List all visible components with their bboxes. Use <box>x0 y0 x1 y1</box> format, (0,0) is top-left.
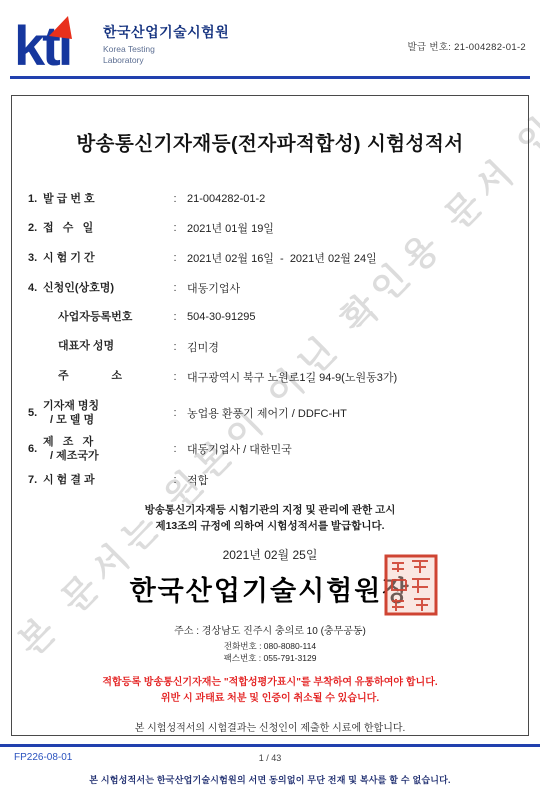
statement-line1: 방송통신기자재등 시험기관의 지정 및 관리에 관한 고시 <box>145 504 396 516</box>
result-scope-note: 본 시험성적서의 시험결과는 신청인이 제출한 시료에 한합니다. <box>12 719 528 734</box>
field-row-test-result: 7. 시 험 결 과 : 적합 <box>28 472 528 488</box>
page-header: ktl 한국산업기술시험원 Korea Testing Laboratory 발… <box>0 0 540 73</box>
org-name-korean: 한국산업기술시험원 <box>103 22 229 42</box>
field-row-representative: 대표자 성명 : 김미경 <box>28 339 528 355</box>
office-address: 주소 : 경상남도 진주시 충의로 10 (충무공동) <box>12 622 528 637</box>
signer-title: 한국산업기술시험원장 <box>130 576 411 606</box>
issuance-statement: 방송통신기자재등 시험기관의 지정 및 관리에 관한 고시 제13조의 규정에 … <box>12 502 528 535</box>
statement-line2: 제13조의 규정에 의하여 시험성적서를 발급합니다. <box>155 520 384 532</box>
field-row-receipt-date: 2. 접 수 일 : 2021년 01월 19일 <box>28 220 528 236</box>
ktl-logo-icon: ktl <box>14 13 94 73</box>
warning-line1: 적합등록 방송통신기자재는 "적합성평가표시"를 부착하여 유통하여야 합니다. <box>102 677 437 688</box>
certificate-box: 방송통신기자재등(전자파적합성) 시험성적서 1. 발 급 번 호 : 21-0… <box>11 95 529 736</box>
field-row-manufacturer: 6. 제 조 자/ 제조국가 : 대동기업사 / 대한민국 <box>28 435 528 464</box>
field-row-test-period: 3. 시 험 기 간 : 2021년 02월 16일 - 2021년 02월 2… <box>28 250 528 266</box>
field-row-equipment-model: 5. 기자재 명칭/ 모 델 명 : 농업용 환풍기 제어기 / DDFC-HT <box>28 399 528 428</box>
header-divider <box>10 76 530 79</box>
page-number: 1 / 43 <box>0 753 540 763</box>
org-name-en-line1: Korea Testing <box>103 44 155 54</box>
certificate-title: 방송통신기자재등(전자파적합성) 시험성적서 <box>12 128 528 156</box>
footer-divider <box>0 744 540 747</box>
official-seal-stamp-icon <box>384 554 438 616</box>
org-name-block: 한국산업기술시험원 Korea Testing Laboratory <box>103 22 229 65</box>
issue-date: 2021년 02월 25일 <box>12 546 528 563</box>
field-row-address: 주 소 : 대구광역시 북구 노원로1길 94-9(노원동3가) <box>28 369 528 385</box>
office-tel: 전화번호 : 080-8080-114 <box>224 641 316 651</box>
field-row-applicant: 4. 신청인(상호명) : 대동기업사 <box>28 280 528 296</box>
org-name-english: Korea Testing Laboratory <box>103 44 229 65</box>
copyright-notice: 본 시험성적서는 한국산업기술시험원의 서면 동의없이 무단 전재 및 복사를 … <box>0 773 540 786</box>
office-contacts: 전화번호 : 080-8080-114 팩스번호 : 055-791-3129 <box>12 641 528 665</box>
signer-line: 한국산업기술시험원장 <box>12 569 528 608</box>
field-row-business-number: 사업자등록번호 : 504-30-91295 <box>28 310 528 324</box>
page-footer: FP226-08-01 1 / 43 <box>0 752 540 765</box>
org-name-en-line2: Laboratory <box>103 55 144 65</box>
ktl-logo: ktl 한국산업기술시험원 Korea Testing Laboratory <box>14 13 229 73</box>
certificate-fields: 1. 발 급 번 호 : 21-004282-01-2 2. 접 수 일 : 2… <box>28 192 528 488</box>
warning-line2: 위반 시 과태료 처분 및 인증이 취소될 수 있습니다. <box>161 693 379 704</box>
compliance-warning: 적합등록 방송통신기자재는 "적합성평가표시"를 부착하여 유통하여야 합니다.… <box>12 675 528 706</box>
issue-number-header: 발급 번호: 21-004282-01-2 <box>407 39 526 53</box>
office-fax: 팩스번호 : 055-791-3129 <box>224 653 317 663</box>
field-row-issue-number: 1. 발 급 번 호 : 21-004282-01-2 <box>28 192 528 206</box>
